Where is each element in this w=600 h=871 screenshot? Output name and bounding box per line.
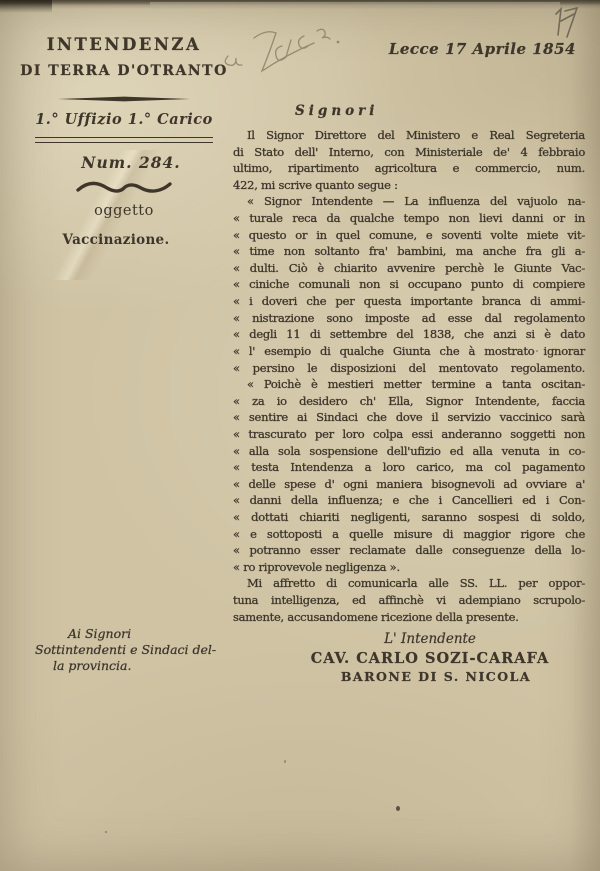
body-line: « alla sola sospensione dell'ufizio ed a…	[233, 443, 585, 460]
body-line: « degli 11 di settembre del 1838, che an…	[233, 326, 585, 343]
salutation: Signori	[295, 103, 378, 119]
signature-role: L' Intendente	[280, 631, 580, 647]
body-line: « turale reca da qualche tempo non lievi…	[233, 210, 585, 227]
addressee-line: la provincia.	[35, 658, 225, 674]
subject-label: oggetto	[20, 203, 228, 219]
body-line: « sentire ai Sindaci che dove il servizi…	[233, 409, 585, 426]
body-line: « trascurato per loro colpa essi anderan…	[233, 426, 585, 443]
double-rule	[35, 137, 213, 143]
addressee-line: Sottintendenti e Sindaci del-	[35, 642, 225, 658]
signature-name: CAV. CARLO SOZI-CARAFA	[280, 650, 580, 667]
body-line: « Signor Intendente — La influenza del v…	[233, 193, 585, 210]
body-line: Mi affretto di comunicarla alle SS. LL. …	[233, 575, 585, 592]
body-lines: Il Signor Direttore del Ministero e Real…	[233, 127, 585, 625]
body-line: « nistrazione sono imposte ad esse dal r…	[233, 310, 585, 327]
body-line: « ro riprovevole negligenza ».	[233, 559, 585, 576]
body-line: Il Signor Direttore del Ministero e Real…	[233, 127, 585, 144]
paper-speck	[536, 350, 538, 352]
body-line: « dulti. Ciò è chiarito avvenire perchè …	[233, 260, 585, 277]
body-line: « questo or in quel comune, e soventi vo…	[233, 227, 585, 244]
tapered-rule	[57, 95, 191, 103]
body-line: « persino le disposizioni del mentovato …	[233, 360, 585, 377]
paper-speck	[105, 831, 107, 833]
scanned-document-page: INTENDENZA DI TERRA D'OTRANTO 1.° Uffizi…	[0, 0, 600, 871]
paper-speck	[284, 760, 286, 763]
handwritten-page-number-icon	[548, 5, 582, 45]
body-line: « l' esempio di qualche Giunta che à mos…	[233, 343, 585, 360]
body-line: « Poichè è mestieri metter termine a tan…	[233, 376, 585, 393]
body-line: tuna intelligenza, ed affinchè vi adempi…	[233, 592, 585, 609]
office-name-line2: DI TERRA D'OTRANTO	[20, 62, 228, 80]
addressee-line: Ai Signori	[35, 626, 225, 642]
signature-title: BARONE DI S. NICOLA	[280, 669, 580, 684]
body-line: « i doveri che per questa importante bra…	[233, 293, 585, 310]
body-line: « e sottoposti a quelle misure di maggio…	[233, 526, 585, 543]
squiggle-ornament-icon	[74, 178, 174, 198]
handwritten-annotation-icon	[220, 16, 350, 78]
signature-block: L' Intendente CAV. CARLO SOZI-CARAFA BAR…	[280, 631, 580, 684]
addressee-block: Ai Signori Sottintendenti e Sindaci del-…	[35, 626, 225, 674]
body-line: 422, mi scrive quanto segue :	[233, 177, 585, 194]
body-line: « za io desidero ch' Ella, Signor Intend…	[233, 393, 585, 410]
body-line: « dottati chiariti negligenti, saranno s…	[233, 509, 585, 526]
body-line: « potranno esser reclamate dalle consegu…	[233, 542, 585, 559]
body-line: samente, accusandomene ricezione della p…	[233, 609, 585, 626]
paper-speck	[396, 806, 400, 811]
bureau-line: 1.° Uffizio 1.° Carico	[20, 111, 228, 128]
body-line: « time non soltanto fra' bambini, ma anc…	[233, 243, 585, 260]
subject-value: Vaccinazione.	[20, 232, 228, 248]
scan-top-edge	[0, 0, 600, 9]
office-name-line1: INTENDENZA	[20, 35, 228, 55]
body-line: « ciniche comunali non si occupano punto…	[233, 276, 585, 293]
body-line: « delle spese d' ogni maniera bisognevol…	[233, 476, 585, 493]
body-line: « danni della influenza; e che i Cancell…	[233, 492, 585, 509]
body-line: « testa Intendenza a loro carico, ma col…	[233, 459, 585, 476]
letterhead: INTENDENZA DI TERRA D'OTRANTO 1.° Uffizi…	[20, 35, 228, 248]
body-line: di Stato dell' Interno, con Ministeriale…	[233, 144, 585, 161]
document-number: Num. 284.	[20, 153, 228, 172]
body-line: ultimo, ripartimento agricoltura e comme…	[233, 160, 585, 177]
